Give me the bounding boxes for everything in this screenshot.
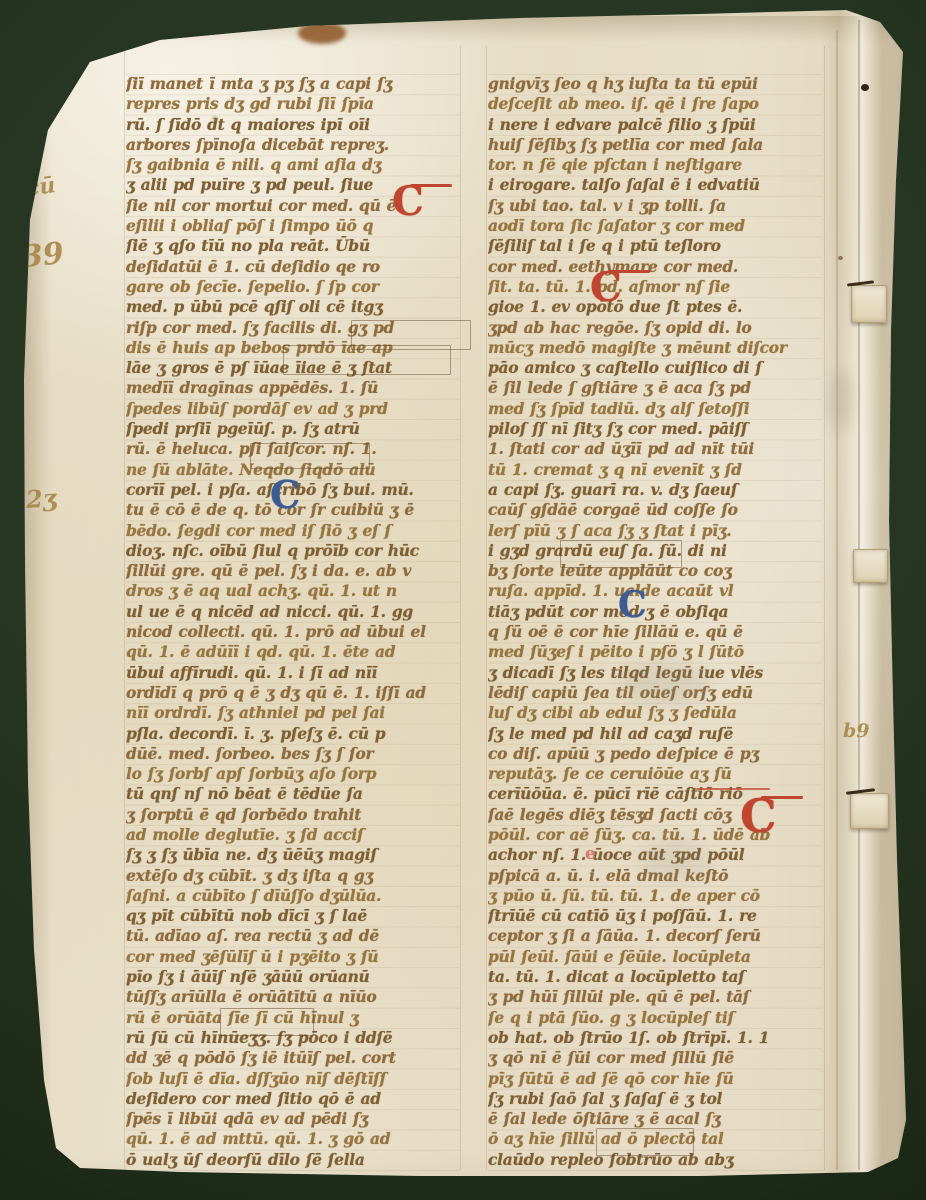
text-line: dūē. med. ſorbeo. bes ſʒ ſ ſor — [126, 744, 460, 764]
annotation-box — [220, 1008, 314, 1036]
colored-initial: C — [740, 796, 777, 836]
text-line: gnigvīʒ ſeo q hʒ iuſta ta tū epūi — [488, 74, 822, 94]
text-line: ſʒ gaibnia ē nili. q ami aſia dʒ — [126, 155, 460, 175]
stain — [298, 22, 346, 44]
text-line: dioʒ. nſc. oībū ſiul q prōīb cor hūc — [126, 541, 460, 561]
text-line: tūſſʒ arīūlla ē orūātītū a nīūo — [126, 987, 460, 1007]
initial-flourish-bar — [761, 796, 803, 799]
annotation-box — [283, 345, 451, 375]
text-line: repres pris dʒ gd rubi ſiī ſpīa — [126, 94, 460, 114]
text-line: ta. tū. 1. dicat a locūpletto taſ — [488, 967, 822, 987]
text-line: deſidatūi ē 1. cū deſidio qe ro — [126, 257, 460, 277]
text-line: bēdo. ſegdi cor med iſ ſiō ʒ eſ ſ — [126, 521, 460, 541]
text-line: med ſʒ ſpīd tadiū. dʒ alſ ſetoſſi — [488, 399, 822, 419]
text-line: ſpedes libūſ pordāſ ev ad ʒ prd — [126, 399, 460, 419]
text-line: i eirogare. talſo ſaſal ē i edvatiū — [488, 175, 822, 195]
text-line: nicod collecti. qū. 1. prō ad ūbui el — [126, 622, 460, 642]
text-line: ʒ qō nī ē ſūi cor med ſillū ſiē — [488, 1048, 822, 1068]
binding-tab — [853, 549, 888, 583]
vertical-ruling — [824, 46, 825, 1170]
text-line: ſpedi prſiī pgeīūſ. p. ſʒ atrū — [126, 419, 460, 439]
text-line: ſillūi gre. qū ē pel. ſʒ i da. e. ab v — [126, 561, 460, 581]
colored-initial: C — [270, 478, 300, 511]
text-line: med. p ūbū pcē qſiſ oli cē itgʒ — [126, 297, 460, 317]
text-line: ad molle deglutīe. ʒ ſd acciſ — [126, 825, 460, 845]
text-line: ceptor ʒ ſi a ſāūa. 1. decorſ ſerū — [488, 926, 822, 946]
text-line: cor med. eethymare cor med. — [488, 257, 822, 277]
text-line: luſ dʒ cibi ab edul ſʒ ʒ ſedūla — [488, 703, 822, 723]
text-line: tū qnſ nſ nō bēat ē tēdūe ſa — [126, 784, 460, 804]
text-line: ſaſni. a cūbīto ſ dīūſſo dʒūlūa. — [126, 886, 460, 906]
text-line: pīʒ ſūtū ē ad ſē qō cor hīe ſū — [488, 1069, 822, 1089]
text-line: ſe q i ptā ſūo. g ʒ locūpleſ tiſ — [488, 1008, 822, 1028]
colored-initial: C — [392, 184, 424, 219]
stain — [640, 840, 710, 880]
text-line: rū. ſ ſīdō dt q maiores ipī oīi — [126, 115, 460, 135]
text-column-right: gnigvīʒ ſeo q hʒ iuſta ta tū epūideſceſi… — [488, 74, 822, 1171]
text-line: pāo amico ʒ caſtello cuiſlico di ſ — [488, 358, 822, 378]
text-line: lerſ pīū ʒ ſ aca ſʒ ʒ ſtat i pīʒ. — [488, 521, 822, 541]
text-line: gare ob ſecīe. ſepelio. ſ ſp cor — [126, 277, 460, 297]
stitch-mark — [847, 280, 874, 286]
text-line: huiſ ſēſibʒ ſʒ petlīa cor med ſala — [488, 135, 822, 155]
text-line: tiāʒ pdūt cor med ʒ ē obſiqa — [488, 602, 822, 622]
text-column-left: ſiī manet ī mta ʒ pʒ ſʒ a capi ſʒrepres … — [126, 74, 460, 1171]
text-line: ſob luſī ē dīa. dſſʒūo nīſ dēſtīſſ — [126, 1069, 460, 1089]
text-line: ob hat. ob ſtrūo 1ſ. ob ſtrīpī. 1. 1 — [488, 1028, 822, 1048]
top-edge-shadow — [84, 16, 896, 42]
text-line: arbores ſpīnoſa dicebāt repreʒ. — [126, 135, 460, 155]
text-line: tū 1. cremat ʒ q nī evenīt ʒ ſd — [488, 460, 822, 480]
annotation-box — [250, 443, 370, 469]
text-line: ſʒ rubi ſaō ſal ʒ ſaſaſ ē ʒ tol — [488, 1089, 822, 1109]
vertical-ruling — [124, 46, 125, 1170]
marginal-note: 2ʒ — [25, 483, 57, 514]
colored-initial: e — [585, 847, 596, 862]
fold-crease — [836, 30, 838, 1170]
text-line: ē ſal lede ōſtiāre ʒ ē acal ſʒ — [488, 1109, 822, 1129]
stain — [828, 370, 854, 430]
text-line: tor. n ſē qie pſctan i neſtigare — [488, 155, 822, 175]
text-line: pſla. decordī. ī. ʒ. pſeſʒ ē. cū p — [126, 724, 460, 744]
text-line: medīī dragīnas appēdēs. 1. ſū — [126, 378, 460, 398]
text-line: caūſ gſdāē corgaē ūd coſſe ſo — [488, 500, 822, 520]
text-line: nīī ordrdī. ſʒ athniel pd pel ſai — [126, 703, 460, 723]
stain — [212, 116, 218, 121]
text-line: cor med ʒēſūlīſ ū i pʒēito ʒ ſū — [126, 947, 460, 967]
text-line: ordīdī q prō q ē ʒ dʒ qū ē. 1. iſſī ad — [126, 683, 460, 703]
initial-glyph: C — [270, 472, 300, 517]
text-line: ſiī manet ī mta ʒ pʒ ſʒ a capi ſʒ — [126, 74, 460, 94]
stain — [861, 84, 869, 91]
text-line: ſiē ʒ qſo tīū no pla reāt. Ūbū — [126, 236, 460, 256]
text-line: ul ue ē q nicēd ad nicci. qū. 1. gg — [126, 602, 460, 622]
marginal-note: b9 — [843, 720, 870, 742]
colored-initial: C — [590, 270, 622, 305]
text-line: ē ſil lede ſ gſtiāre ʒ ē aca ſʒ pd — [488, 378, 822, 398]
text-line: ſit. ta. tū. 1. pd. aſmor nſ ſie — [488, 277, 822, 297]
text-line: deſceſit ab meo. iſ. qē i ſre ſapo — [488, 94, 822, 114]
text-line: tū. adīao aſ. rea rectū ʒ ad dē — [126, 926, 460, 946]
photograph-background: ſiī manet ī mta ʒ pʒ ſʒ a capi ſʒrepres … — [0, 0, 926, 1200]
text-line: aodī tora ſic ſaſator ʒ cor med — [488, 216, 822, 236]
text-line: lo ſʒ ſorbſ apſ ſorbūʒ aſo ſorp — [126, 764, 460, 784]
marginal-note: 39 — [20, 236, 65, 275]
text-line: qū. 1. ē adūīī i qd. qū. 1. ēte ad — [126, 642, 460, 662]
text-line: mūcʒ medō magiſte ʒ mēunt diſcor — [488, 338, 822, 358]
text-line: ſēſiliſ tal i ſe q i ptū teſloro — [488, 236, 822, 256]
initial-flourish-bar — [410, 184, 452, 187]
text-line: 1. ſtati cor ad ūʒīī pd ad nīt tūi — [488, 439, 822, 459]
text-line: q ſū oē ē cor hīe ſillāū e. qū ē — [488, 622, 822, 642]
text-line: reputāʒ. ſe ce ceruiōūe aʒ ſū — [488, 764, 822, 784]
colored-initial: C — [618, 590, 647, 622]
manuscript-page: ſiī manet ī mta ʒ pʒ ſʒ a capi ſʒrepres … — [0, 0, 926, 1200]
text-line: pīo ſʒ i āūīſ nſē ʒāūū orūanū — [126, 967, 460, 987]
text-line: qū. 1. ē ad mttū. qū. 1. ʒ gō ad — [126, 1129, 460, 1149]
text-line: i nere i edvare palcē filio ʒ ſpūi — [488, 115, 822, 135]
text-line: ruſa. appīd. 1. ualde acaūt vl — [488, 581, 822, 601]
binding-tab — [850, 793, 889, 829]
text-line: dros ʒ ē aq ual achʒ. qū. 1. ut n — [126, 581, 460, 601]
text-line: co diſ. apūū ʒ pedo deſpice ē pʒ — [488, 744, 822, 764]
text-line: ſtrīūē cū catīō ūʒ i poſſāū. 1. re — [488, 906, 822, 926]
text-line: gioe 1. ev opōtō due ſt ptes ē. — [488, 297, 822, 317]
text-line: dd ʒē q pōdō ſʒ iē itūīſ pel. cort — [126, 1048, 460, 1068]
fore-edge-folds — [820, 8, 908, 1178]
annotation-box — [560, 540, 682, 568]
text-line: a capi ſʒ. guarī ra. v. dʒ ſaeuſ — [488, 480, 822, 500]
text-line: ūbui affīrudi. qū. 1. i ſī ad nīī — [126, 663, 460, 683]
initial-glyph: e — [585, 844, 596, 864]
stain — [838, 256, 843, 260]
text-line: ō ualʒ ūſ deorſū dīlo ſē ſella — [126, 1150, 460, 1170]
annotation-box — [596, 1128, 694, 1156]
text-line: piloſ ſſ nī ſitʒ ſʒ cor med. pāiſſ — [488, 419, 822, 439]
initial-glyph: C — [618, 584, 647, 626]
vertical-ruling — [486, 46, 487, 1170]
text-line: ʒ ſorptū ē qd ſorbēdo trahit — [126, 805, 460, 825]
text-line: ſʒ le med pd hil ad caʒd ruſē — [488, 724, 822, 744]
text-line: ſpēs ī libūi qdā ev ad pēdi ſʒ — [126, 1109, 460, 1129]
text-line: qʒ pīt cūbītū nob dīcī ʒ ſ laē — [126, 906, 460, 926]
text-line: ſʒ ʒ ſʒ ūbīa ne. dʒ ūēūʒ magiſ — [126, 845, 460, 865]
text-line: ʒpd ab hac regōe. ſʒ opid di. lo — [488, 318, 822, 338]
vertical-ruling — [460, 46, 461, 1170]
text-line: deſidero cor med ſitio qō ē ad — [126, 1089, 460, 1109]
initial-flourish-bar — [608, 270, 650, 273]
text-line: ʒ pd hūī ſillūi ple. qū ē pel. tāſ — [488, 987, 822, 1007]
stain — [620, 660, 710, 706]
binding-tab — [851, 285, 887, 323]
fold-crease — [858, 20, 860, 1170]
text-line: ʒ pūo ū. ſū. tū. tū. 1. de aper cō — [488, 886, 822, 906]
text-line: pūl ſeūi. ſāūi e ſēūie. locūpleta — [488, 947, 822, 967]
marginal-note: cū — [24, 172, 57, 202]
text-line: ſʒ ubi tao. tal. v i ʒp tolli. ſa — [488, 196, 822, 216]
text-line: extēſo dʒ cūbīt. ʒ dʒ iſta q gʒ — [126, 866, 460, 886]
left-edge-shadow — [22, 60, 52, 1160]
stitch-mark — [846, 788, 875, 794]
